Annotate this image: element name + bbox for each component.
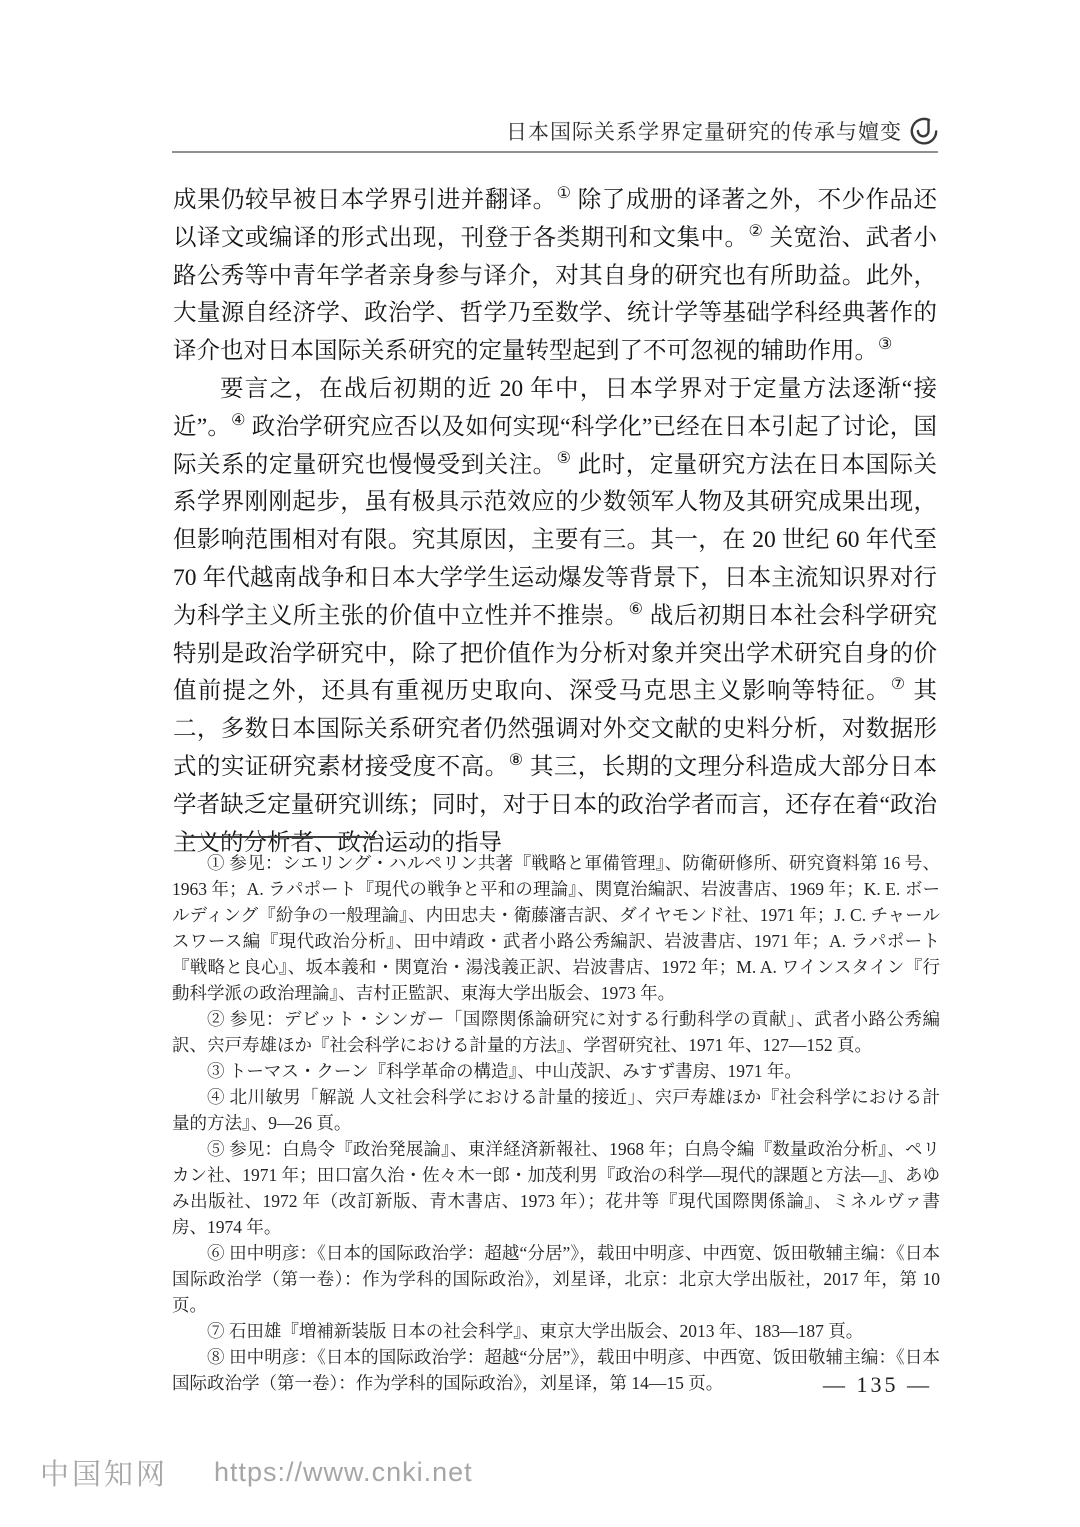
footnote-item: ⑦ 石田雄『増補新装版 日本の社会科学』、東京大学出版会、2013 年、183—… — [172, 1318, 940, 1344]
cnki-site-name: 中国知网 — [40, 1452, 168, 1493]
header-rule — [172, 151, 938, 153]
footnote-ref: ① — [557, 185, 572, 202]
footnote-item: ① 参见：シエリング・ハルペリン共著『戦略と軍備管理』、防衛研修所、研究資料第 … — [172, 850, 940, 1006]
footnotes: ① 参见：シエリング・ハルペリン共著『戦略と軍備管理』、防衛研修所、研究資料第 … — [172, 850, 940, 1396]
footnote-ref: ② — [748, 223, 763, 240]
footnote-ref: ⑤ — [557, 450, 572, 467]
paragraph: 成果仍较早被日本学界引进并翻译。① 除了成册的译著之外，不少作品还以译文或编译的… — [173, 182, 937, 371]
footnote-ref: ④ — [231, 412, 246, 429]
body-text: 成果仍较早被日本学界引进并翻译。① 除了成册的译著之外，不少作品还以译文或编译的… — [173, 182, 937, 862]
footnote-ref: ③ — [878, 336, 892, 353]
paragraph: 要言之，在战后初期的近 20 年中，日本学界对于定量方法逐渐“接近”。④ 政治学… — [173, 371, 937, 862]
footnote-item: ③ トーマス・クーン『科学革命の構造』、中山茂訳、みすず書房、1971 年。 — [172, 1058, 940, 1084]
journal-logo-icon — [909, 116, 939, 146]
running-header: 日本国际关系学界定量研究的传承与嬗变 — [506, 116, 939, 146]
document-page: 日本国际关系学界定量研究的传承与嬗变 成果仍较早被日本学界引进并翻译。① 除了成… — [0, 0, 1080, 1527]
footnote-ref: ⑧ — [509, 752, 524, 769]
cnki-url-link[interactable]: https://www.cnki.net — [214, 1457, 473, 1488]
footnote-item: ⑤ 参见：白鳥令『政治発展論』、東洋経済新報社、1968 年；白鳥令編『数量政治… — [172, 1136, 940, 1240]
footnote-item: ⑥ 田中明彦：《日本的国际政治学：超越“分居”》，载田中明彦、中西宽、饭田敬辅主… — [172, 1240, 940, 1318]
footnote-ref: ⑥ — [629, 601, 644, 618]
footnote-ref: ⑦ — [891, 677, 907, 694]
footnote-item: ② 参见：デビット・シンガー「国際関係論研究に対する行動科学の貢献」、武者小路公… — [172, 1006, 940, 1058]
footnote-separator — [183, 836, 375, 838]
page-number: — 135 — — [823, 1372, 932, 1398]
cnki-watermark: 中国知网 https://www.cnki.net — [40, 1452, 473, 1493]
footnote-item: ④ 北川敏男「解説 人文社会科学における計量的接近」、宍戸寿雄ほか『社会科学にお… — [172, 1084, 940, 1136]
running-header-title: 日本国际关系学界定量研究的传承与嬗变 — [506, 116, 902, 146]
